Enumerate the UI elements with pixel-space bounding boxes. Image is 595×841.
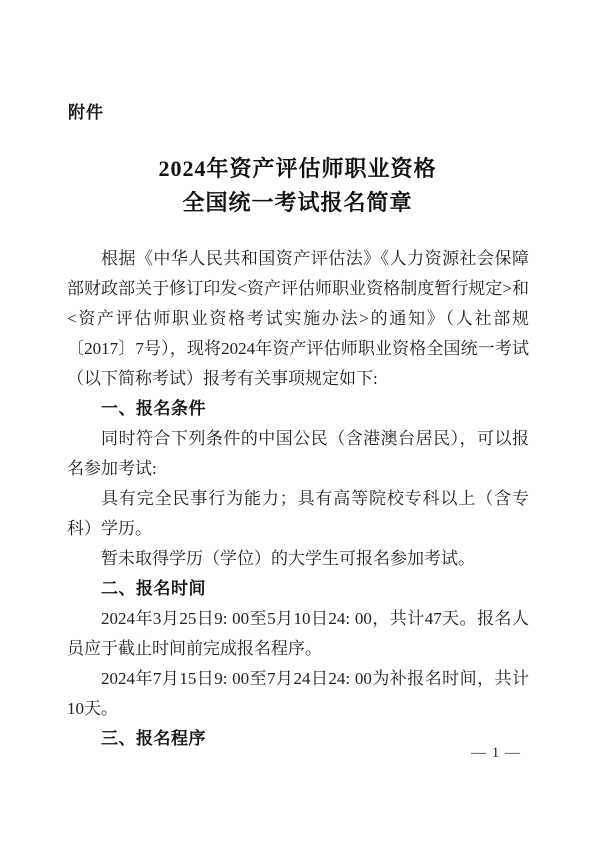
page-number: — 1 — bbox=[468, 743, 524, 763]
paragraph-registration-period: 2024年3月25日9: 00至5月10日24: 00，共计47天。报名人员应于… bbox=[67, 604, 529, 664]
title-line-2: 全国统一考试报名简章 bbox=[0, 186, 595, 220]
title-line-1: 2024年资产评估师职业资格 bbox=[0, 152, 595, 186]
paragraph-legal-basis: 根据《中华人民共和国资产评估法》《人力资源社会保障部财政部关于修订印发<资产评估… bbox=[67, 244, 529, 394]
attachment-label: 附件 bbox=[68, 102, 104, 124]
heading-registration-time: 二、报名时间 bbox=[67, 574, 529, 604]
document-page: 附件 2024年资产评估师职业资格 全国统一考试报名简章 根据《中华人民共和国资… bbox=[0, 0, 595, 841]
paragraph-supplementary-period: 2024年7月15日9: 00至7月24日24: 00为补报名时间，共计10天。 bbox=[67, 664, 529, 724]
heading-registration-procedure: 三、报名程序 bbox=[67, 724, 529, 754]
paragraph-capacity-education: 具有完全民事行为能力；具有高等院校专科以上（含专科）学历。 bbox=[67, 484, 529, 544]
document-title: 2024年资产评估师职业资格 全国统一考试报名简章 bbox=[0, 152, 595, 220]
heading-registration-conditions: 一、报名条件 bbox=[67, 394, 529, 424]
paragraph-eligible-citizens: 同时符合下列条件的中国公民（含港澳台居民），可以报名参加考试: bbox=[67, 424, 529, 484]
paragraph-students-eligible: 暂未取得学历（学位）的大学生可报名参加考试。 bbox=[67, 544, 529, 574]
document-body: 根据《中华人民共和国资产评估法》《人力资源社会保障部财政部关于修订印发<资产评估… bbox=[67, 244, 529, 754]
